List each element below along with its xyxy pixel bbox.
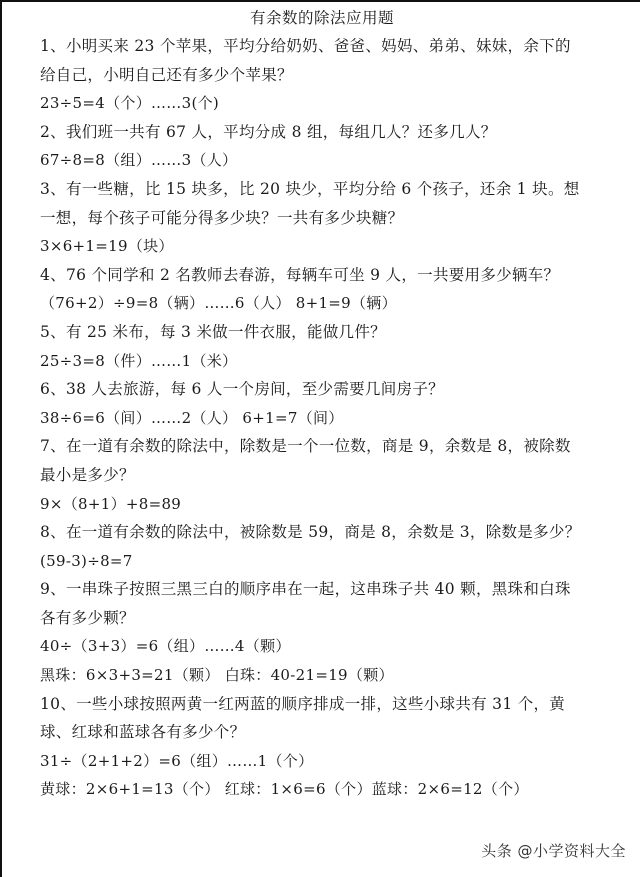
problem-6-answer: 38÷6=6（间）……2（人） 6+1=7（间）	[40, 404, 620, 433]
problem-10-answer-cont: 黄球：2×6+1=13（个） 红球：1×6=6（个）蓝球：2×6=12（个）	[40, 775, 620, 804]
problem-1-text: 1、小明买来 23 个苹果，平均分给奶奶、爸爸、妈妈、弟弟、妹妹，余下的	[40, 32, 620, 61]
problem-2-answer: 67÷8=8（组）……3（人）	[40, 146, 620, 175]
problem-3-answer: 3×6+1=19（块）	[40, 232, 620, 261]
problem-6-text: 6、38 人去旅游，每 6 人一个房间，至少需要几间房子？	[40, 375, 620, 404]
watermark-label: 头条 @小学资料大全	[481, 840, 626, 861]
problem-7-text: 7、在一道有余数的除法中，除数是一个一位数，商是 9，余数是 8，被除数	[40, 432, 620, 461]
problem-4-answer: （76+2）÷9=8（辆）……6（人） 8+1=9（辆）	[40, 289, 620, 318]
problem-3-text-cont: 一想，每个孩子可能分得多少块？一共有多少块糖？	[40, 204, 620, 233]
problem-4-text: 4、76 个同学和 2 名教师去春游，每辆车可坐 9 人，一共要用多少辆车？	[40, 261, 620, 290]
problem-7-text-cont: 最小是多少？	[40, 461, 620, 490]
problem-2-text: 2、我们班一共有 67 人，平均分成 8 组，每组几人？还多几人？	[40, 118, 620, 147]
problem-10-text-cont: 球、红球和蓝球各有多少个？	[40, 718, 620, 747]
document-page: 有余数的除法应用题 1、小明买来 23 个苹果，平均分给奶奶、爸爸、妈妈、弟弟、…	[0, 0, 640, 877]
problem-10-text: 10、一些小球按照两黄一红两蓝的顺序排成一排，这些小球共有 31 个，黄	[40, 690, 620, 719]
problem-5-text: 5、有 25 米布，每 3 米做一件衣服，能做几件？	[40, 318, 620, 347]
problem-8-answer: (59-3)÷8=7	[40, 547, 620, 576]
problem-10-answer: 31÷（2+1+2）=6（组）……1（个）	[40, 747, 620, 776]
problem-7-answer: 9×（8+1）+8=89	[40, 490, 620, 519]
problem-9-answer: 40÷（3+3）=6（组）……4（颗）	[40, 632, 620, 661]
page-title: 有余数的除法应用题	[2, 6, 640, 28]
problem-3-text: 3、有一些糖，比 15 块多，比 20 块少，平均分给 6 个孩子，还余 1 块…	[40, 175, 620, 204]
problem-1-answer: 23÷5=4（个）……3(个)	[40, 89, 620, 118]
problem-9-text: 9、一串珠子按照三黑三白的顺序串在一起，这串珠子共 40 颗，黑珠和白珠	[40, 575, 620, 604]
problem-list: 1、小明买来 23 个苹果，平均分给奶奶、爸爸、妈妈、弟弟、妹妹，余下的 给自己…	[40, 32, 620, 804]
problem-5-answer: 25÷3=8（件）……1（米）	[40, 347, 620, 376]
problem-1-text-cont: 给自己，小明自己还有多少个苹果？	[40, 61, 620, 90]
problem-9-answer-cont: 黑珠：6×3+3=21（颗） 白珠：40-21=19（颗）	[40, 661, 620, 690]
problem-8-text: 8、在一道有余数的除法中，被除数是 59，商是 8，余数是 3，除数是多少？	[40, 518, 620, 547]
problem-9-text-cont: 各有多少颗？	[40, 604, 620, 633]
